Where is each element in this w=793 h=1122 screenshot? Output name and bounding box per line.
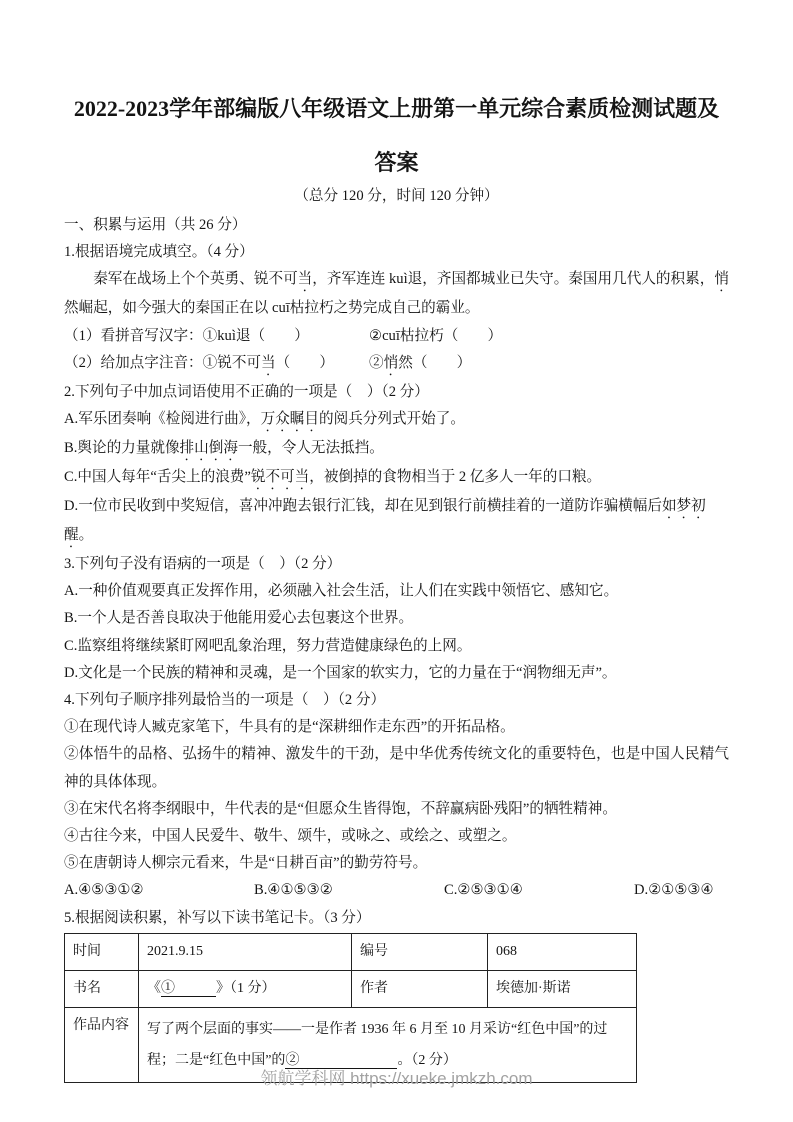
q2-option-c-emph: 锐不可当: [251, 469, 309, 485]
q1-passage-emph2: 悄: [714, 271, 729, 287]
q3-option-d: D.文化是一个民族的精神和灵魂，是一个国家的软实力，它的力量在于“润物细无声”。: [64, 660, 729, 687]
watermark-footer: 领航学科网 https://xueke.jmkzh.com: [0, 1064, 793, 1089]
q2-option-a-pre: A.军乐团奏响《检阅进行曲》，: [64, 411, 261, 427]
reading-note-card: 时间 2021.9.15 编号 068 书名 《①》（1 分） 作者 埃德加·斯…: [64, 933, 637, 1083]
q1-sub2: （2）给加点字注音：①锐不可当（ ）②悄然（ ）: [64, 350, 729, 379]
q2-option-d-pre: D.一位市民收到中奖短信，喜冲冲跑去银行汇钱，却在见到银行前横挂着的一道防诈骗横…: [64, 498, 662, 514]
q1-sub2-emph2: 悄: [384, 355, 399, 371]
q2-option-d: D.一位市民收到中奖短信，喜冲冲跑去银行汇钱，却在见到银行前横挂着的一道防诈骗横…: [64, 493, 729, 551]
q3-option-c: C.监察组将继续紧盯网吧乱象治理，努力营造健康绿色的上网。: [64, 633, 729, 660]
q1-sub1-part1: （1）看拼音写汉字：①kuì退（ ）: [64, 323, 369, 350]
q3-option-b: B.一个人是否善良取决于他能用爱心去包裹这个世界。: [64, 605, 729, 632]
exam-page: 2022-2023学年部编版八年级语文上册第一单元综合素质检测试题及答案 （总分…: [64, 0, 729, 1083]
q1-sub1-part2: ②cuī枯拉朽（ ）: [369, 328, 502, 344]
q2-option-c-post: ，被倒掉的食物相当于 2 亿多人一年的口粮。: [309, 469, 601, 485]
bookname-blank-number: ①: [161, 981, 175, 996]
bookname-open-quote: 《: [147, 981, 161, 996]
q2-option-c: C.中国人每年“舌尖上的浪费”锐不可当，被倒掉的食物相当于 2 亿多人一年的口粮…: [64, 464, 729, 493]
q1-passage-seg1: 秦军在战场上个个英勇、锐不可: [93, 271, 297, 287]
q1-passage-emph1: 当: [298, 271, 313, 287]
blank-line: [175, 990, 216, 992]
q1-passage-seg3: 然崛起，如今强大的秦国正在以 cuī枯拉朽之势完成自己的霸业。: [64, 300, 480, 316]
section-heading: 一、积累与运用（共 26 分）: [64, 212, 729, 239]
cell-time-value: 2021.9.15: [139, 933, 352, 970]
cell-bookname-value: 《①》（1 分）: [139, 970, 352, 1007]
q1-passage: 秦军在战场上个个英勇、锐不可当，齐军连连 kuì退，齐国都城业已失守。秦国用几代…: [64, 266, 729, 322]
q1-sub2-p2b: 然（ ）: [398, 355, 471, 371]
cell-time-label: 时间: [65, 933, 139, 970]
cell-number-label: 编号: [352, 933, 488, 970]
q3-option-a: A.一种价值观要真正发挥作用，必须融入社会生活，让人们在实践中领悟它、感知它。: [64, 578, 729, 605]
q4-item-4: ④古往今来，中国人民爱牛、敬牛、颂牛，或咏之、或绘之、或塑之。: [64, 823, 729, 850]
note-row-time: 时间 2021.9.15 编号 068: [65, 933, 637, 970]
q4-item-2: ②体悟牛的品格、弘扬牛的精神、激发牛的干劲，是中华优秀传统文化的重要特色，也是中…: [64, 741, 729, 795]
page-title: 2022-2023学年部编版八年级语文上册第一单元综合素质检测试题及答案: [64, 82, 729, 190]
q1-sub2-p2a: ②: [369, 355, 384, 371]
q2-option-b-post: 一般，令人无法抵挡。: [238, 440, 384, 456]
cell-author-value: 埃德加·斯诺: [488, 970, 637, 1007]
q4-choice-b: B.④①⑤③②: [254, 877, 444, 904]
q5-stem: 5.根据阅读积累，补写以下读书笔记卡。（3 分）: [64, 905, 729, 932]
q2-option-a-emph: 万众瞩目: [261, 411, 319, 427]
exam-body: 一、积累与运用（共 26 分） 1.根据语境完成填空。（4 分） 秦军在战场上个…: [64, 212, 729, 1083]
q4-item-5: ⑤在唐朝诗人柳宗元看来，牛是“日耕百亩”的勤劳符号。: [64, 850, 729, 877]
q4-choice-a: A.④⑤③①②: [64, 877, 254, 904]
bookname-close: 》（1 分）: [216, 981, 276, 996]
bookname-blank: ①: [161, 981, 216, 997]
q1-sub2-emph1: 当: [261, 355, 276, 371]
exam-meta: （总分 120 分，时间 120 分钟）: [64, 184, 729, 208]
q2-option-a-post: 的阅兵分列式开始了。: [319, 411, 465, 427]
q2-option-b-pre: B.舆论的力量就像: [64, 440, 180, 456]
q4-choices: A.④⑤③①②B.④①⑤③②C.②⑤③①④D.②①⑤③④: [64, 877, 729, 904]
q4-item-3: ③在宋代名将李纲眼中，牛代表的是“但愿众生皆得饱，不辞赢病卧残阳”的牺牲精神。: [64, 796, 729, 823]
q1-sub1: （1）看拼音写汉字：①kuì退（ ）②cuī枯拉朽（ ）: [64, 323, 729, 350]
q1-sub2-part1: （2）给加点字注音：①锐不可当（ ）: [64, 350, 369, 379]
q2-option-a: A.军乐团奏响《检阅进行曲》，万众瞩目的阅兵分列式开始了。: [64, 406, 729, 435]
q3-stem: 3.下列句子没有语病的一项是（ ）（2 分）: [64, 551, 729, 578]
cell-number-value: 068: [488, 933, 637, 970]
q2-option-b: B.舆论的力量就像排山倒海一般，令人无法抵挡。: [64, 435, 729, 464]
q2-option-b-emph: 排山倒海: [180, 440, 238, 456]
q1-sub2-p1a: （2）给加点字注音：①锐不可: [64, 355, 261, 371]
q1-stem: 1.根据语境完成填空。（4 分）: [64, 239, 729, 266]
q1-sub2-p1b: （ ）: [276, 355, 334, 371]
q1-passage-seg2: ，齐军连连 kuì退，齐国都城业已失守。秦国用几代人的积累，: [312, 271, 714, 287]
note-row-book: 书名 《①》（1 分） 作者 埃德加·斯诺: [65, 970, 637, 1007]
cell-bookname-label: 书名: [65, 970, 139, 1007]
q4-choice-c: C.②⑤③①④: [444, 877, 634, 904]
q4-item-1: ①在现代诗人臧克家笔下，牛具有的是“深耕细作走东西”的开拓品格。: [64, 714, 729, 741]
cell-author-label: 作者: [352, 970, 488, 1007]
q2-stem: 2.下列句子中加点词语使用不正确的一项是（ ）（2 分）: [64, 379, 729, 406]
q4-stem: 4.下列句子顺序排列最恰当的一项是（ ）（2 分）: [64, 687, 729, 714]
q4-choice-d: D.②①⑤③④: [634, 882, 714, 898]
q2-option-d-post: 。: [79, 527, 94, 543]
q2-option-c-pre: C.中国人每年“舌尖上的浪费”: [64, 469, 251, 485]
